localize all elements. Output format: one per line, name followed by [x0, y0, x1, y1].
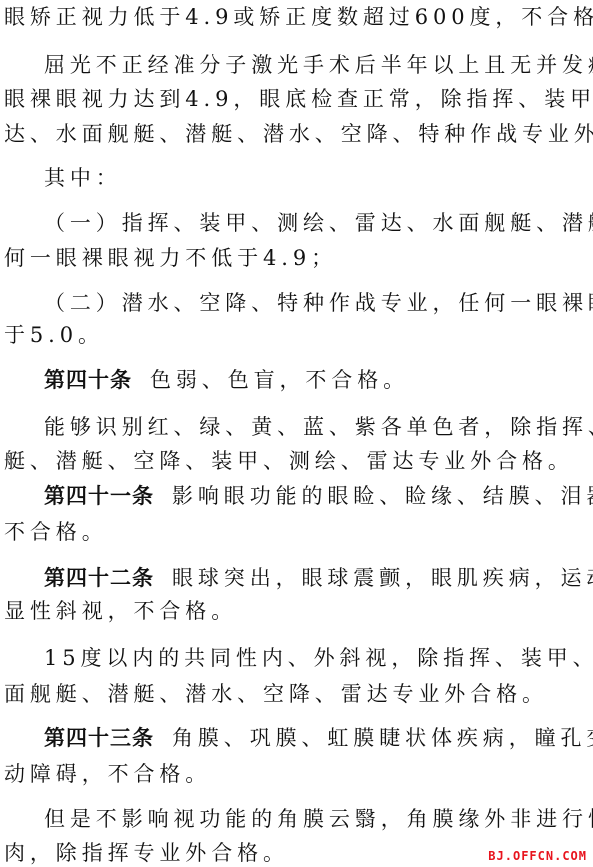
text-line: 15度以内的共同性内、外斜视，除指挥、装甲、测绘、水: [44, 645, 593, 671]
text-line: 其中：: [44, 165, 593, 191]
article-40: 第四十条色弱、色盲，不合格。: [44, 367, 593, 393]
article-text: 眼球突出，眼球震颤，眼肌疾病，运动障碍，: [172, 566, 593, 590]
article-text: 角膜、巩膜、虹膜睫状体疾病，瞳孔变形、运: [172, 726, 593, 750]
text-line: 于5.0。: [4, 322, 589, 348]
text-line: 艇、潜艇、空降、装甲、测绘、雷达专业外合格。: [4, 448, 589, 474]
article-41: 第四十一条影响眼功能的眼睑、睑缘、结膜、泪器疾病，: [44, 483, 593, 509]
text-line: 显性斜视，不合格。: [4, 598, 589, 624]
text-line: 面舰艇、潜艇、潜水、空降、雷达专业外合格。: [4, 681, 589, 707]
article-number: 第四十二条: [44, 566, 154, 590]
text-line: 不合格。: [4, 519, 589, 545]
text-line: 动障碍，不合格。: [4, 761, 589, 787]
watermark: BJ.OFFCN.COM: [488, 849, 587, 863]
article-number: 第四十条: [44, 368, 132, 392]
text-line: 屈光不正经准分子激光手术后半年以上且无并发症，任何一: [44, 52, 593, 78]
text-line: 何一眼裸眼视力不低于4.9；: [4, 245, 589, 271]
article-text: 影响眼功能的眼睑、睑缘、结膜、泪器疾病，: [172, 484, 593, 508]
text-line: （一）指挥、装甲、测绘、雷达、水面舰艇、潜艇专业，任: [44, 210, 593, 236]
article-42: 第四十二条眼球突出，眼球震颤，眼肌疾病，运动障碍，: [44, 565, 593, 591]
text-line: （二）潜水、空降、特种作战专业，任何一眼裸眼视力不低: [44, 290, 593, 316]
article-43: 第四十三条角膜、巩膜、虹膜睫状体疾病，瞳孔变形、运: [44, 725, 593, 751]
text-line: 能够识别红、绿、黄、蓝、紫各单色者，除指挥、水面舰: [44, 414, 593, 440]
text-line: 但是不影响视功能的角膜云翳，角膜缘外非进行性翼状胬: [44, 806, 593, 832]
article-number: 第四十三条: [44, 726, 154, 750]
text-line: 达、水面舰艇、潜艇、潜水、空降、特种作战专业外合格。: [4, 121, 589, 147]
text-line: 眼裸眼视力达到4.9，眼底检查正常，除指挥、装甲、测绘、雷: [4, 86, 589, 112]
document-page: 眼矫正视力低于4.9或矫正度数超过600度，不合格。 屈光不正经准分子激光手术后…: [0, 0, 593, 867]
article-number: 第四十一条: [44, 484, 154, 508]
text-line: 眼矫正视力低于4.9或矫正度数超过600度，不合格。: [4, 4, 589, 30]
article-text: 色弱、色盲，不合格。: [150, 368, 409, 392]
